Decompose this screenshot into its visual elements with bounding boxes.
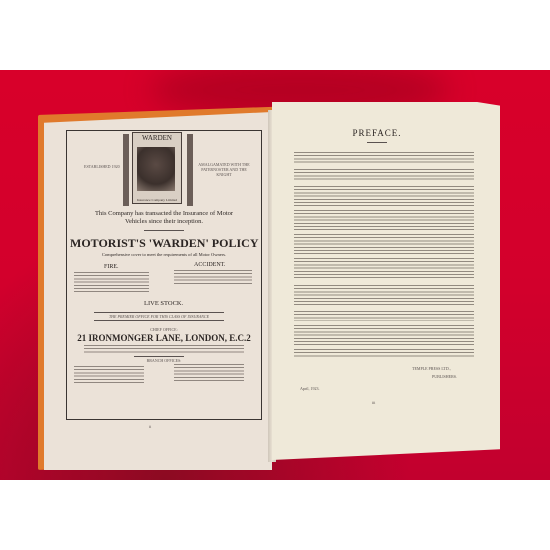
intro-line-1: This Company has transacted the Insuranc… bbox=[72, 210, 256, 217]
intro-line-2: Vehicles since their inception. bbox=[72, 218, 256, 225]
banner-rule-top bbox=[94, 312, 224, 313]
left-page-number: ii bbox=[149, 424, 151, 429]
left-page: WARDEN Insurance Company Limited ESTABLI… bbox=[44, 112, 272, 470]
address: 21 IRONMONGER LANE, LONDON, E.C.2 bbox=[70, 333, 258, 343]
emblem-label: WARDEN bbox=[133, 134, 181, 142]
banner-text: THE PREMIER OFFICE FOR THIS CLASS OF INS… bbox=[94, 314, 224, 319]
divider bbox=[144, 230, 184, 231]
preface-para-9 bbox=[294, 325, 474, 345]
warden-emblem: WARDEN Insurance Company Limited bbox=[132, 132, 182, 204]
preface-para-5 bbox=[294, 234, 474, 254]
section-livestock: LIVE STOCK. bbox=[144, 300, 183, 307]
branch-list-right bbox=[174, 364, 244, 382]
preface-para-4 bbox=[294, 210, 474, 230]
policy-headline: MOTORIST'S 'WARDEN' POLICY bbox=[70, 236, 258, 251]
banner-rule-bottom bbox=[94, 320, 224, 321]
preface-para-1 bbox=[294, 152, 474, 165]
emblem-illustration bbox=[137, 147, 175, 191]
emblem-side-left: ESTABLISHED 1920 bbox=[84, 164, 120, 169]
policy-subheadline: Comprehensive cover to meet the requirem… bbox=[70, 252, 258, 257]
preface-para-7 bbox=[294, 285, 474, 307]
fire-text bbox=[74, 272, 149, 294]
emblem-pillar-left bbox=[123, 134, 129, 206]
accident-text bbox=[174, 270, 252, 286]
branch-offices-label: BRANCH OFFICES: bbox=[72, 358, 256, 363]
title-rule bbox=[367, 142, 387, 143]
emblem-caption: Insurance Company Limited bbox=[133, 198, 181, 202]
book-photo: WARDEN Insurance Company Limited ESTABLI… bbox=[0, 70, 550, 480]
branch-divider bbox=[134, 356, 184, 357]
emblem-side-right: AMALGAMATED WITH THE PATERNOSTER AND THE… bbox=[194, 162, 254, 177]
signature-line-2: PUBLISHERS. bbox=[432, 374, 457, 379]
section-accident: ACCIDENT. bbox=[194, 262, 225, 268]
emblem-pillar-right bbox=[187, 134, 193, 206]
signature-line-1: TEMPLE PRESS LTD., bbox=[412, 366, 451, 371]
right-page: PREFACE. TEMPLE PRESS LTD., PUBLISHERS. … bbox=[272, 102, 500, 460]
branch-list-left bbox=[74, 366, 144, 384]
preface-para-6 bbox=[294, 258, 474, 280]
chief-office-label: CHIEF OFFICE: bbox=[72, 327, 256, 332]
right-page-number: iii bbox=[372, 400, 375, 405]
preface-para-10 bbox=[294, 349, 474, 357]
preface-para-3 bbox=[294, 186, 474, 206]
bottom-margin bbox=[0, 480, 550, 550]
section-fire: FIRE. bbox=[104, 264, 119, 270]
preface-title: PREFACE. bbox=[272, 128, 482, 138]
preface-date: April, 1923. bbox=[300, 386, 319, 391]
preface-para-8 bbox=[294, 311, 474, 321]
officers-text bbox=[84, 345, 244, 353]
top-margin bbox=[0, 0, 550, 70]
preface-para-2 bbox=[294, 169, 474, 182]
